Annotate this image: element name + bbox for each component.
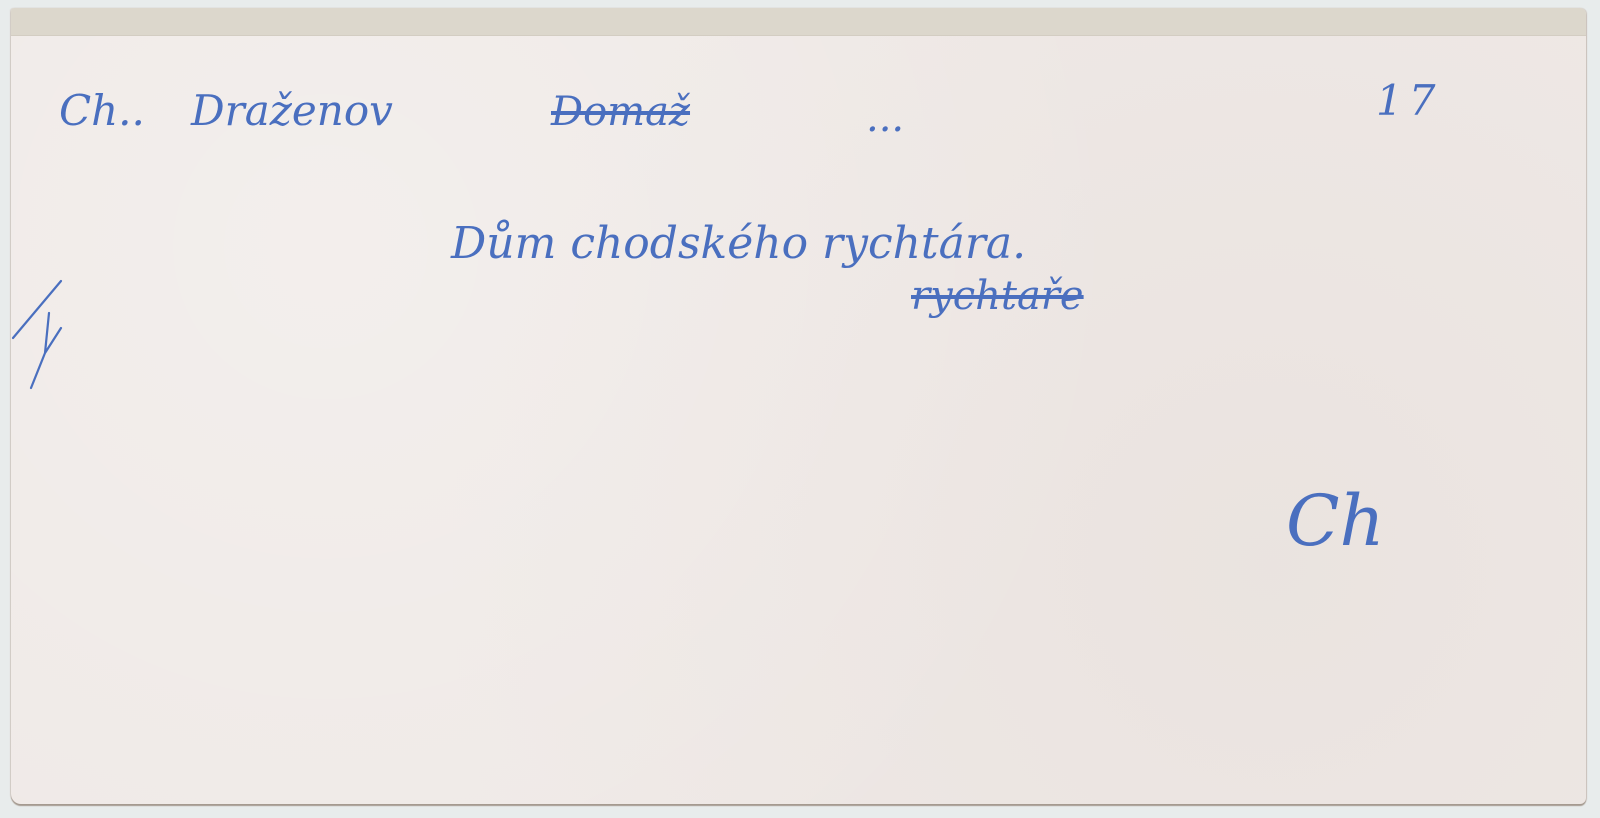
- card-number: 17: [1376, 80, 1441, 122]
- header-place-name: Draženov: [191, 90, 393, 132]
- scanned-card-image: Ch.. Draženov Domaž ... 17 Dům chodského…: [0, 0, 1600, 818]
- header-prefix: Ch..: [59, 90, 145, 132]
- signature: Ch: [1286, 486, 1385, 556]
- margin-mark-icon: [11, 273, 71, 393]
- card-top-strip: [11, 8, 1586, 36]
- header-struck-word: Domaž: [551, 92, 690, 132]
- card-title: Dům chodského rychtára.: [451, 222, 1026, 266]
- archival-card: Ch.. Draženov Domaž ... 17 Dům chodského…: [11, 8, 1586, 804]
- header-ellipsis: ...: [866, 98, 904, 138]
- struck-correction: rychtaře: [911, 276, 1084, 316]
